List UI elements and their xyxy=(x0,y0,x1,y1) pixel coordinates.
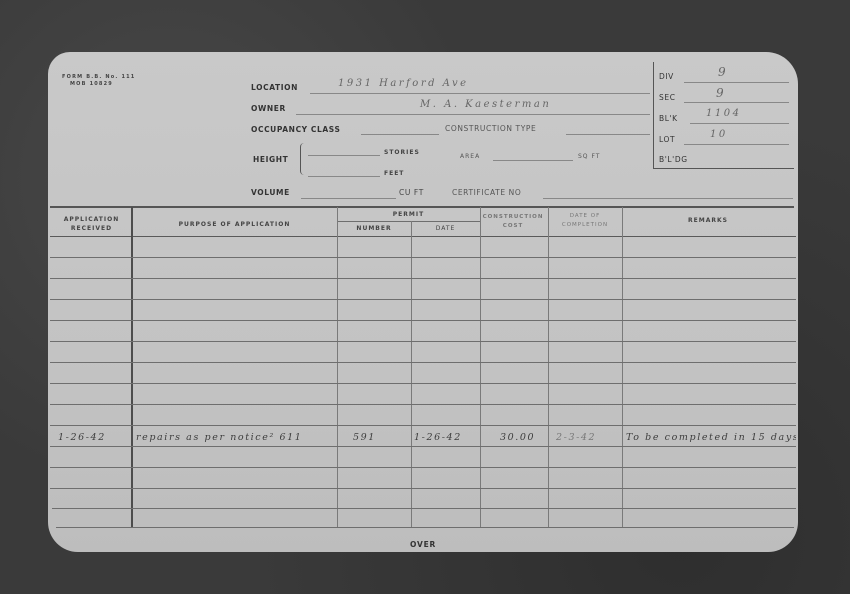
row-line xyxy=(50,299,796,300)
row-line xyxy=(50,320,796,321)
col-divider-6 xyxy=(622,207,623,527)
cell-purpose: repairs as per notice² 611 xyxy=(136,432,302,443)
row-line xyxy=(52,508,796,509)
col-divider-3 xyxy=(411,221,412,527)
over-label: OVER xyxy=(410,540,436,549)
cell-construction-cost: 30.00 xyxy=(500,432,535,443)
row-line xyxy=(50,488,796,489)
row-line xyxy=(50,341,796,342)
cell-application-received: 1-26-42 xyxy=(58,432,106,443)
cell-remarks: To be completed in 15 days xyxy=(626,432,796,443)
row-line xyxy=(50,257,796,258)
table-row: 1-26-42 repairs as per notice² 611 591 1… xyxy=(48,432,798,446)
cell-permit-number: 591 xyxy=(353,432,376,443)
row-line xyxy=(50,446,796,447)
cell-date-of-completion: 2-3-42 xyxy=(556,432,596,443)
header-remarks: REMARKS xyxy=(623,216,793,225)
cell-permit-date: 1-26-42 xyxy=(414,432,462,443)
row-line xyxy=(50,425,796,426)
permit-subheader-rule xyxy=(337,221,480,222)
row-line xyxy=(50,404,796,405)
header-bottom-rule xyxy=(50,236,796,237)
row-line xyxy=(50,362,796,363)
permit-table: APPLICATION RECEIVED PURPOSE OF APPLICAT… xyxy=(48,52,798,552)
col-divider-2 xyxy=(337,207,338,527)
header-permit-date: DATE xyxy=(411,224,480,233)
row-line xyxy=(50,278,796,279)
header-permit: PERMIT xyxy=(337,210,480,219)
row-line xyxy=(50,383,796,384)
table-top-rule xyxy=(50,206,794,208)
header-construction-cost: CONSTRUCTION COST xyxy=(482,213,544,231)
col-divider-1 xyxy=(131,207,133,527)
col-divider-5 xyxy=(548,207,549,527)
col-divider-4 xyxy=(480,207,481,527)
row-line xyxy=(56,527,794,528)
header-purpose: PURPOSE OF APPLICATION xyxy=(132,220,337,229)
header-application-received: APPLICATION RECEIVED xyxy=(52,215,131,233)
row-line xyxy=(50,467,796,468)
building-permit-card: FORM B.B. No. 111 MOB 10829 LOCATION 193… xyxy=(48,52,798,552)
header-permit-number: NUMBER xyxy=(337,224,411,233)
header-date-of-completion: DATE OF COMPLETION xyxy=(548,212,622,230)
